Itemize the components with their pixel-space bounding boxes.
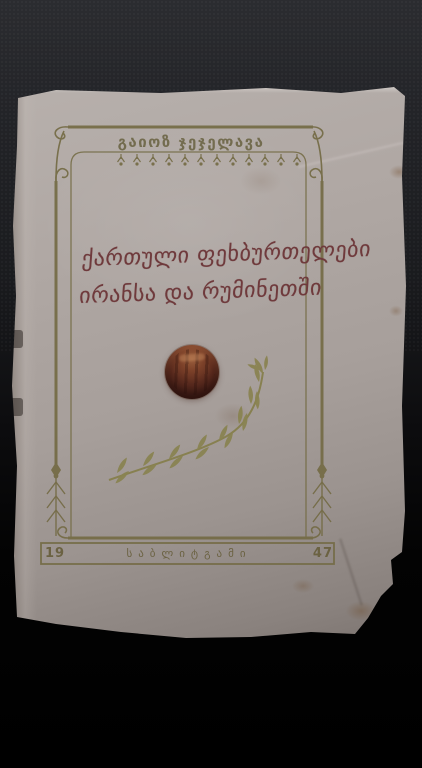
binding-notch [11, 398, 23, 416]
publisher-name: საბლიტგამი [71, 544, 307, 564]
book-cover: გაიოზ ჯეჯელავა ქართული ფეხბურთელები ირან… [11, 86, 407, 639]
imprint-year-right: 47 [303, 544, 333, 564]
corner-wheat-ornament [47, 462, 65, 536]
paper-crease [339, 538, 363, 605]
fleuron-row [11, 86, 301, 166]
book-title: ქართული ფეხბურთელები ირანსა და რუმინეთში [78, 231, 374, 315]
football-seal-icon [165, 345, 219, 399]
photo-background: გაიოზ ჯეჯელავა ქართული ფეხბურთელები ირან… [0, 0, 422, 768]
author-name: გაიოზ ჯეჯელავა [31, 133, 351, 151]
